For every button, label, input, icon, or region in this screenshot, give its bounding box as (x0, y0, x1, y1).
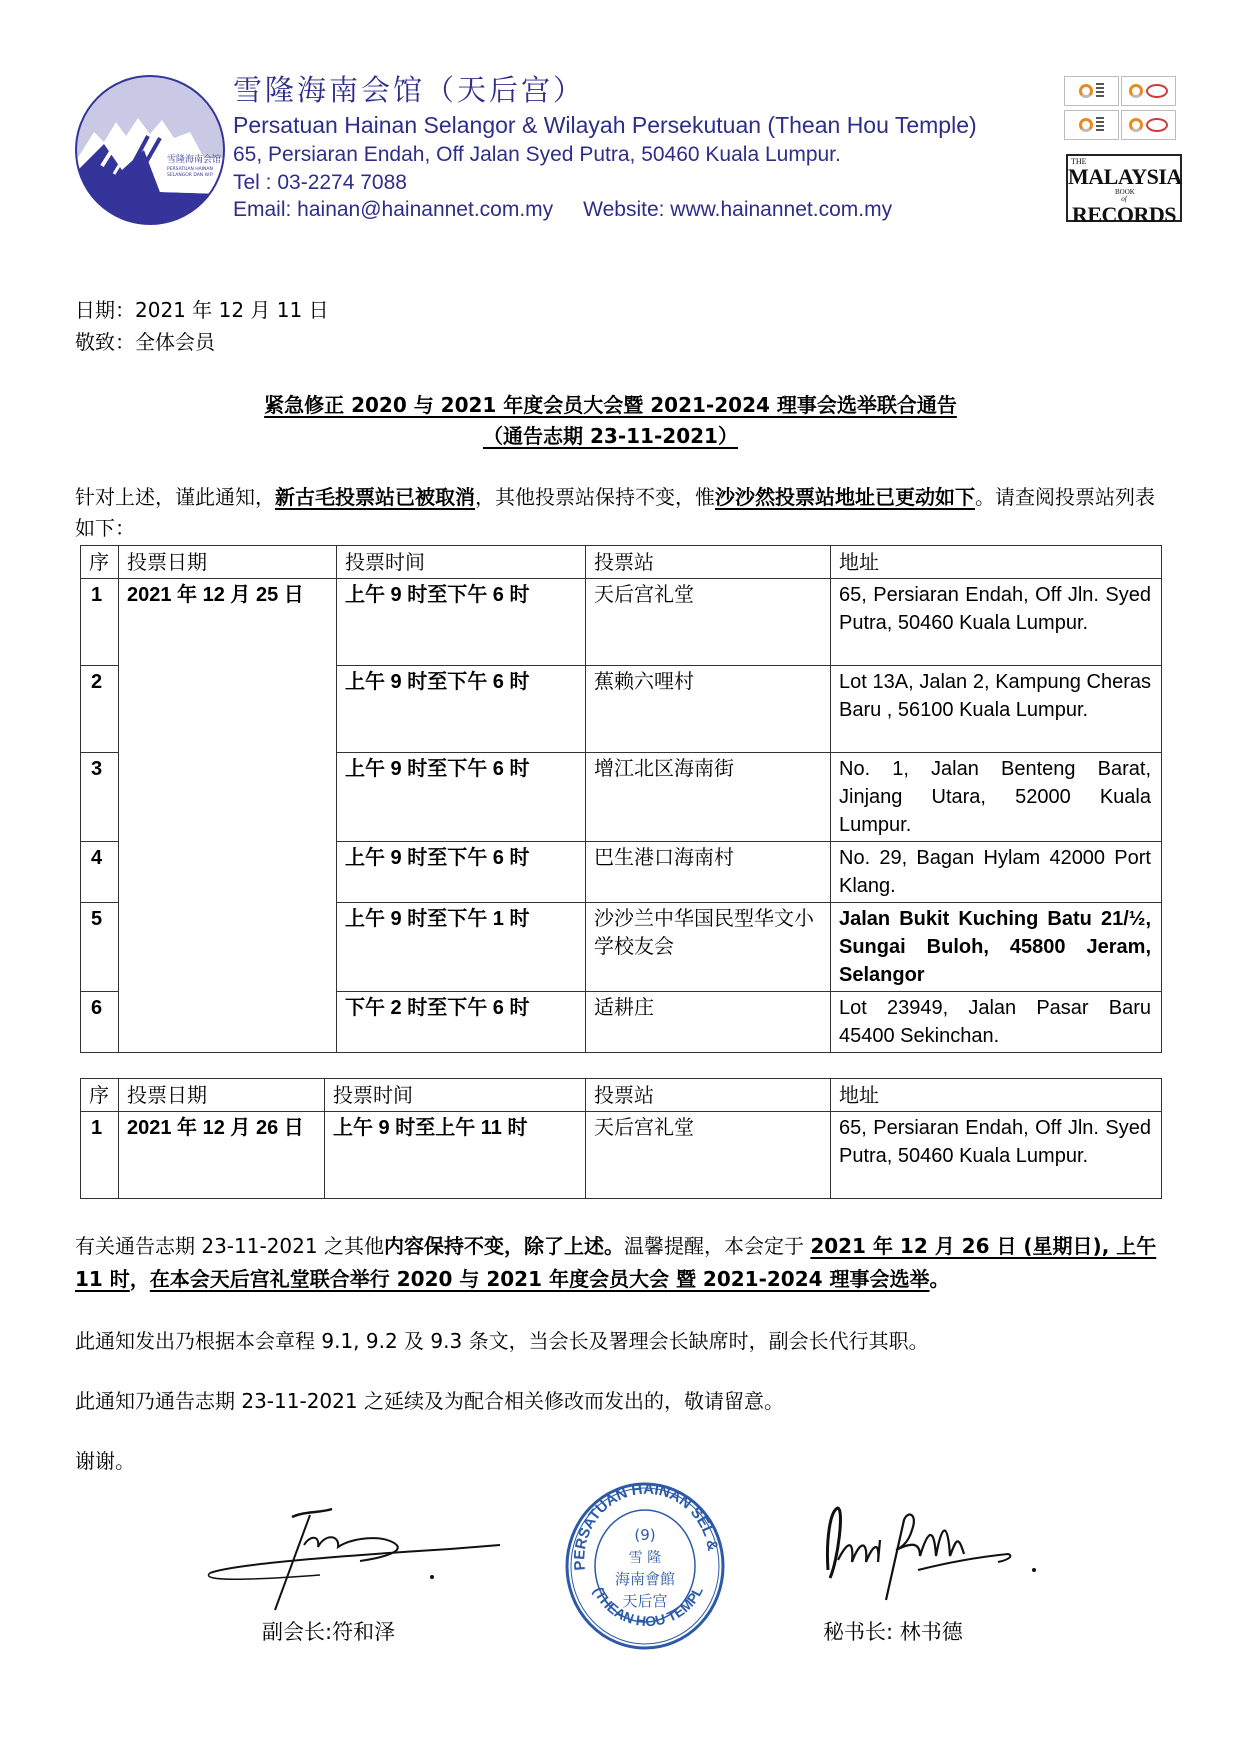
column-header-station: 投票站 (586, 1079, 831, 1112)
station-address: Lot 23949, Jalan Pasar Baru 45400 Sekinc… (831, 992, 1162, 1053)
sirim-icon (1079, 118, 1093, 132)
svg-text:(9): (9) (634, 1526, 655, 1544)
certification-badge (1064, 76, 1119, 106)
polling-station: 沙沙兰中华国民型华文小学校友会 (586, 903, 831, 992)
polling-station: 适耕庄 (586, 992, 831, 1053)
polling-station: 蕉赖六哩村 (586, 666, 831, 753)
notice-reference: （通告志期 23-11-2021） (0, 421, 1231, 452)
table-header-row: 序 投票日期 投票时间 投票站 地址 (81, 1079, 1162, 1112)
sirim-icon (1129, 84, 1143, 98)
station-address: No. 1, Jalan Benteng Barat, Jinjang Utar… (831, 753, 1162, 842)
halal-mark-icon (1146, 118, 1168, 132)
polling-station: 天后宫礼堂 (586, 1112, 831, 1199)
secretary-signature (808, 1500, 1048, 1614)
thanks-line: 谢谢。 (75, 1445, 135, 1474)
polling-station: 增江北区海南街 (586, 753, 831, 842)
polling-stations-table-dec26: 序 投票日期 投票时间 投票站 地址 1 2021 年 12 月 26 日 上午… (80, 1078, 1162, 1199)
column-header-station: 投票站 (586, 546, 831, 579)
svg-text:SELANGOR DAN W.P.: SELANGOR DAN W.P. (167, 172, 213, 178)
address-change-highlight: 沙沙然投票站地址已更动如下 (715, 485, 975, 509)
constitution-paragraph: 此通知发出乃根据本会章程 9.1, 9.2 及 9.3 条文，当会长及署理会长缺… (75, 1325, 929, 1354)
polling-time: 上午 9 时至下午 6 时 (337, 579, 586, 666)
polling-time: 上午 9 时至下午 6 时 (337, 666, 586, 753)
column-header-no: 序 (81, 546, 119, 579)
intro-paragraph: 针对上述，谨此通知，新古毛投票站已被取消，其他投票站保持不变，惟沙沙然投票站地址… (75, 482, 1170, 544)
svg-text:天后宫: 天后宫 (622, 1592, 667, 1610)
column-header-time: 投票时间 (325, 1079, 586, 1112)
column-header-no: 序 (81, 1079, 119, 1112)
org-email: Email: hainan@hainannet.com.my (233, 198, 553, 221)
vice-president-name: 副会长:符和泽 (262, 1616, 395, 1646)
certification-badge (1064, 110, 1119, 140)
station-address: No. 29, Bagan Hylam 42000 Port Klang. (831, 842, 1162, 903)
polling-station: 巴生港口海南村 (586, 842, 831, 903)
svg-text:雪 隆: 雪 隆 (629, 1550, 661, 1566)
column-header-address: 地址 (831, 546, 1162, 579)
svg-text:海南會館: 海南會館 (615, 1570, 675, 1588)
polling-stations-table-dec25: 序 投票日期 投票时间 投票站 地址 1 2021 年 12 月 25 日 上午… (80, 545, 1162, 1053)
iso-mark-icon (1096, 83, 1104, 99)
station-address: 65, Persiaran Endah, Off Jln. Syed Putra… (831, 579, 1162, 666)
sirim-icon (1129, 118, 1143, 132)
org-name-chinese: 雪隆海南会馆（天后宫） (233, 68, 585, 109)
table-header-row: 序 投票日期 投票时间 投票站 地址 (81, 546, 1162, 579)
org-name-english: Persatuan Hainan Selangor & Wilayah Pers… (233, 112, 977, 139)
iso-mark-icon (1096, 117, 1104, 133)
polling-time: 上午 9 时至下午 1 时 (337, 903, 586, 992)
certification-badge (1121, 76, 1176, 106)
station-address-updated: Jalan Bukit Kuching Batu 21/½, Sungai Bu… (831, 903, 1162, 992)
station-address: Lot 13A, Jalan 2, Kampung Cheras Baru , … (831, 666, 1162, 753)
column-header-date: 投票日期 (119, 1079, 325, 1112)
polling-date: 2021 年 12 月 26 日 (119, 1112, 325, 1199)
association-logo: 雪隆海南会馆 PERSATUAN HAINAN SELANGOR DAN W.P… (74, 74, 226, 226)
certification-badge (1121, 110, 1176, 140)
column-header-time: 投票时间 (337, 546, 586, 579)
malaysia-book-of-records-logo: THE MALAYSIA BOOKofRECORDS (1066, 154, 1182, 222)
table-row: 1 2021 年 12 月 25 日 上午 9 时至下午 6 时 天后宫礼堂 6… (81, 579, 1162, 666)
station-address: 65, Persiaran Endah, Off Jln. Syed Putra… (831, 1112, 1162, 1199)
polling-station: 天后宫礼堂 (586, 579, 831, 666)
meeting-details: 在本会天后宫礼堂联合举行 2020 与 2021 年度会员大会 暨 2021-2… (150, 1267, 930, 1291)
column-header-address: 地址 (831, 1079, 1162, 1112)
svg-text:雪隆海南会馆: 雪隆海南会馆 (167, 153, 221, 165)
notice-title: 紧急修正 2020 与 2021 年度会员大会暨 2021-2024 理事会选举… (0, 390, 1231, 421)
org-telephone: Tel : 03-2274 7088 (233, 171, 407, 195)
polling-time: 下午 2 时至下午 6 时 (337, 992, 586, 1053)
certification-badges (1064, 76, 1174, 140)
reminder-paragraph: 有关通告志期 23-11-2021 之其他内容保持不变，除了上述。温馨提醒，本会… (75, 1230, 1175, 1296)
secretary-name: 秘书长: 林书德 (823, 1616, 963, 1646)
table-row: 1 2021 年 12 月 26 日 上午 9 时至上午 11 时 天后宫礼堂 … (81, 1112, 1162, 1199)
vice-president-signature (200, 1505, 510, 1619)
polling-time: 上午 9 时至下午 6 时 (337, 842, 586, 903)
official-stamp: PERSATUAN HAINAN SEL & W.P. (THEAN HOU T… (563, 1480, 728, 1650)
notice-date: 日期：2021 年 12 月 11 日 (75, 294, 329, 326)
polling-time: 上午 9 时至下午 6 时 (337, 753, 586, 842)
column-header-date: 投票日期 (119, 546, 337, 579)
continuation-paragraph: 此通知乃通告志期 23-11-2021 之延续及为配合相关修改而发出的，敬请留意… (75, 1385, 784, 1414)
org-contact-line: Email: hainan@hainannet.com.myWebsite: w… (233, 198, 892, 222)
org-website: Website: www.hainannet.com.my (583, 198, 892, 221)
halal-mark-icon (1146, 84, 1168, 98)
cancellation-highlight: 新古毛投票站已被取消 (275, 485, 475, 509)
org-address: 65, Persiaran Endah, Off Jalan Syed Putr… (233, 143, 841, 167)
sirim-icon (1079, 84, 1093, 98)
polling-date: 2021 年 12 月 25 日 (119, 579, 337, 1053)
polling-time: 上午 9 时至上午 11 时 (325, 1112, 586, 1199)
svg-text:PERSATUAN HAINAN: PERSATUAN HAINAN (167, 166, 213, 172)
notice-recipient: 敬致：全体会员 (75, 326, 215, 358)
